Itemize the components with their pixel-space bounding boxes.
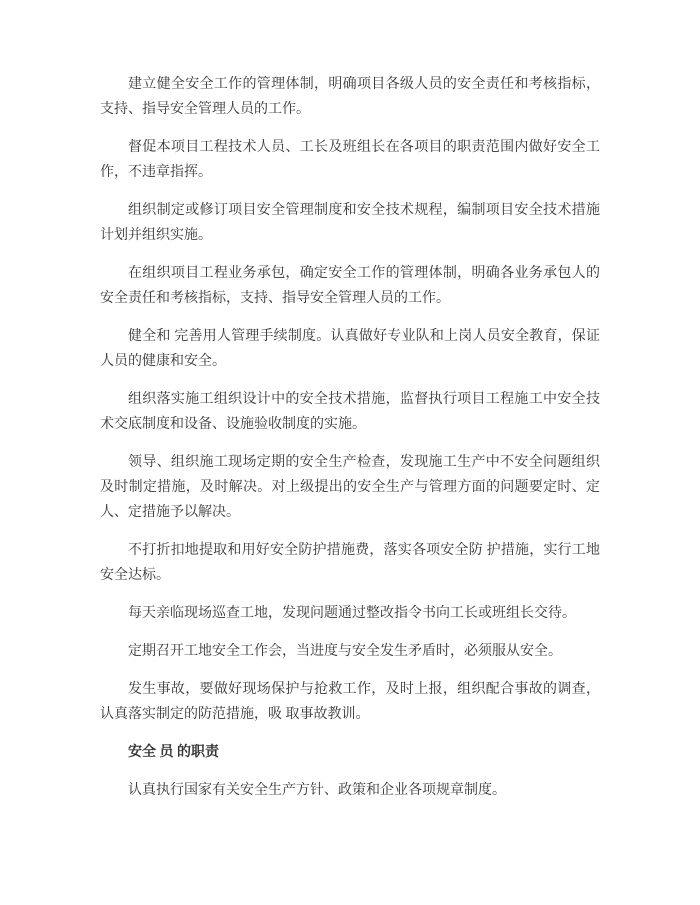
paragraph: 健全和 完善用人管理手续制度。认真做好专业队和上岗人员安全教育，保证人员的健康和…	[100, 324, 600, 374]
paragraph: 组织落实施工组织设计中的安全技术措施，监督执行项目工程施工中安全技术交底制度和设…	[100, 387, 600, 437]
paragraph: 发生事故，要做好现场保护与抢救工作，及时上报，组织配合事故的调查，认真落实制定的…	[100, 677, 600, 727]
paragraph: 督促本项目工程技术人员、工长及班组长在各项目的职责范围内做好安全工作，不违章指挥…	[100, 135, 600, 185]
section-heading: 安全 员 的职责	[100, 740, 600, 765]
paragraph: 认真执行国家有关安全生产方针、政策和企业各项规章制度。	[100, 778, 600, 803]
document-content: 建立健全安全工作的管理体制，明确项目各级人员的安全责任和考核指标，支持、指导安全…	[100, 72, 600, 816]
document-page: 建立健全安全工作的管理体制，明确项目各级人员的安全责任和考核指标，支持、指导安全…	[0, 0, 700, 905]
paragraph: 定期召开工地安全工作会，当进度与安全发生矛盾时，必须服从安全。	[100, 639, 600, 664]
paragraph: 组织制定或修订项目安全管理制度和安全技术规程，编制项目安全技术措施计划并组织实施…	[100, 198, 600, 248]
paragraph: 领导、组织施工现场定期的安全生产检查，发现施工生产中不安全问题组织及时制定措施，…	[100, 450, 600, 525]
paragraph: 在组织项目工程业务承包，确定安全工作的管理体制，明确各业务承包人的安全责任和考核…	[100, 261, 600, 311]
paragraph: 每天亲临现场巡查工地，发现问题通过整改指令书向工长或班组长交待。	[100, 601, 600, 626]
paragraph: 不打折扣地提取和用好安全防护措施费，落实各项安全防 护措施，实行工地安全达标。	[100, 538, 600, 588]
paragraph: 建立健全安全工作的管理体制，明确项目各级人员的安全责任和考核指标，支持、指导安全…	[100, 72, 600, 122]
